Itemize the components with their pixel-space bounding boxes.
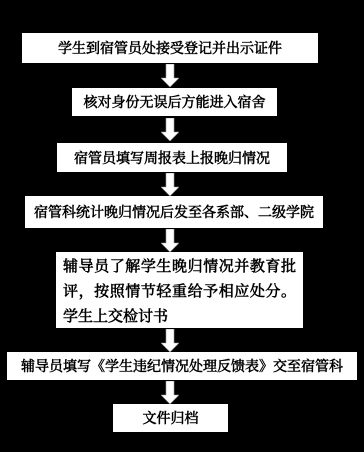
step-label: 辅导员了解学生晚归情况并教育批评，按照情节轻重给予相应处分。学生上交检讨书 <box>63 258 296 325</box>
step-counselor-discipline: 辅导员了解学生晚归情况并教育批评，按照情节轻重给予相应处分。学生上交检讨书 <box>56 252 303 328</box>
step-label: 辅导员填写《学生违纪情况处理反馈表》交至宿管科 <box>21 356 343 376</box>
step-verify-identity: 核对身份无误后方能进入宿舍 <box>72 88 277 116</box>
step-statistics-to-departments: 宿管科统计晚归情况后发至各系部、二级学院 <box>25 196 323 228</box>
step-label: 宿管员填写周报表上报晚归情况 <box>74 148 270 168</box>
step-label: 文件归档 <box>143 408 199 428</box>
flowchart-canvas: 学生到宿管员处接受登记并出示证件 核对身份无误后方能进入宿舍 宿管员填写周报表上… <box>0 0 364 452</box>
step-label: 宿管科统计晚归情况后发至各系部、二级学院 <box>34 202 314 222</box>
step-label: 学生到宿管员处接受登记并出示证件 <box>58 38 282 58</box>
arrow-down-icon <box>161 118 179 141</box>
step-feedback-form: 辅导员填写《学生违纪情况处理反馈表》交至宿管科 <box>7 352 357 380</box>
arrow-down-icon <box>161 381 179 404</box>
step-register-at-dorm-manager: 学生到宿管员处接受登记并出示证件 <box>22 33 318 63</box>
step-file-archive: 文件归档 <box>113 404 228 432</box>
arrow-down-icon <box>161 64 179 87</box>
step-weekly-report: 宿管员填写周报表上报晚归情况 <box>57 143 287 172</box>
arrow-down-icon <box>161 329 179 352</box>
arrow-down-icon <box>161 173 179 196</box>
step-label: 核对身份无误后方能进入宿舍 <box>84 92 266 112</box>
arrow-down-icon <box>161 229 179 252</box>
